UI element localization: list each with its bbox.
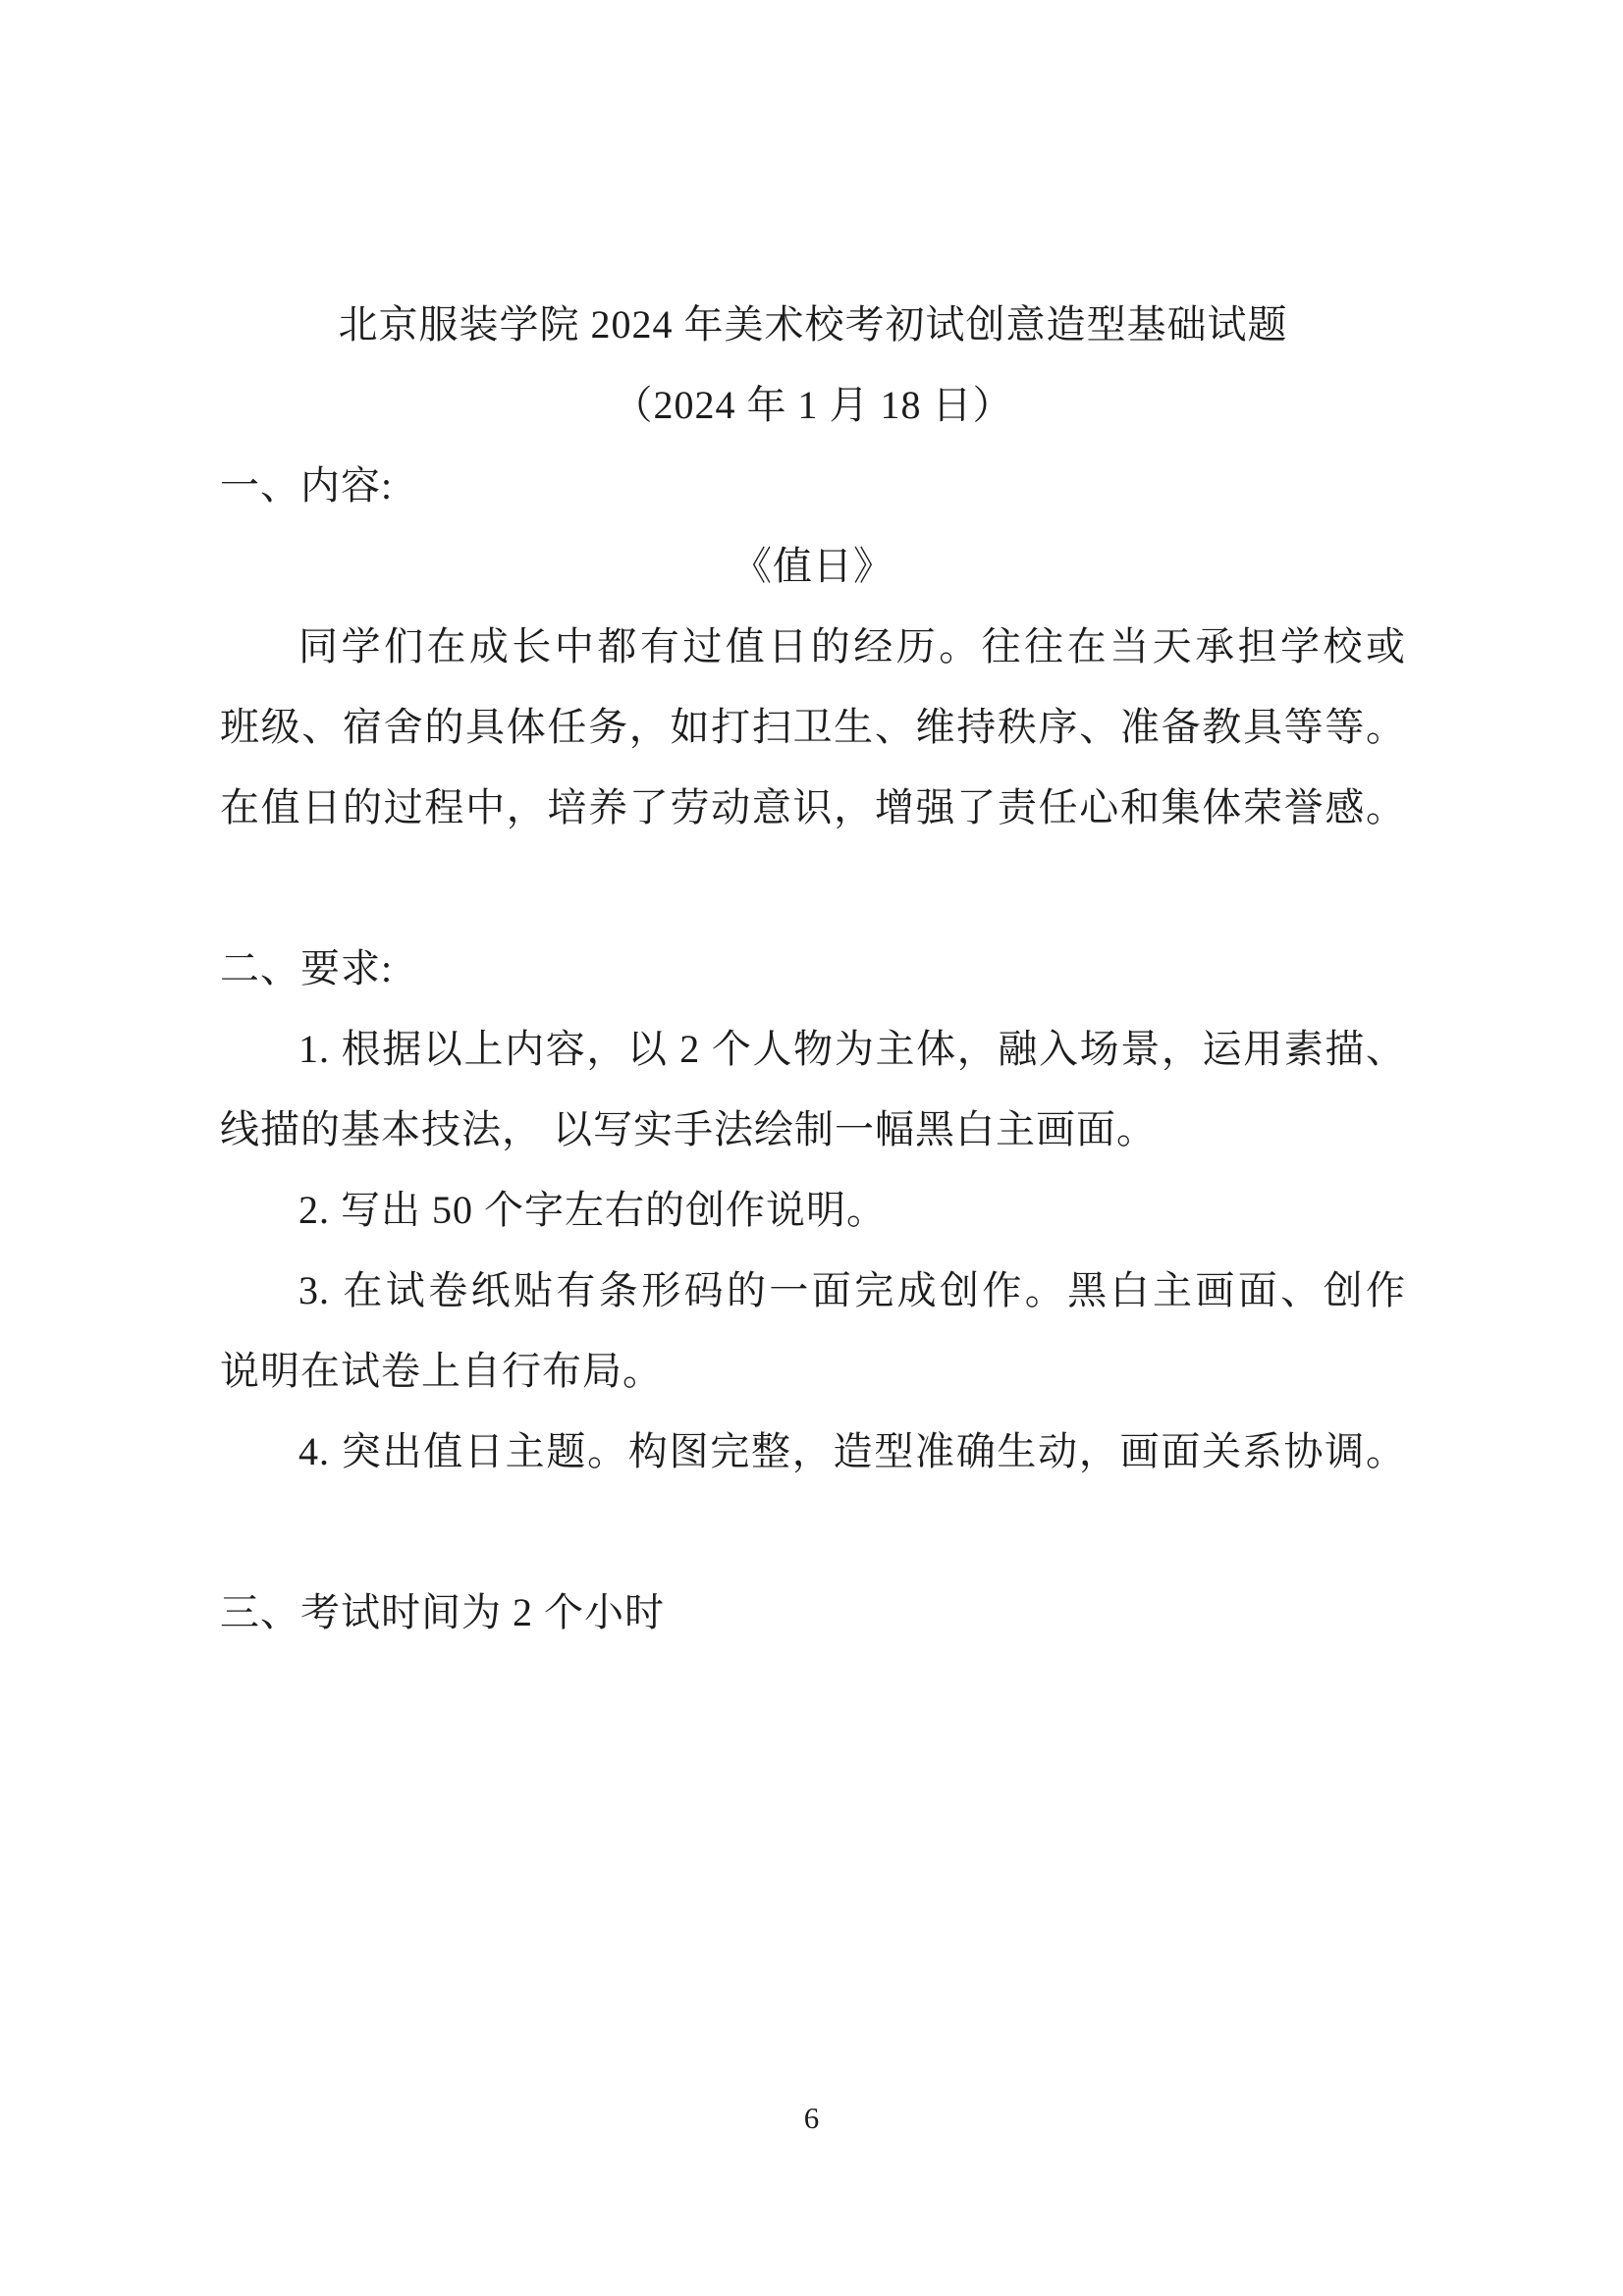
artwork-subject-title: 《值日》 xyxy=(220,526,1406,607)
exam-paper-page: 北京服装学院 2024 年美术校考初试创意造型基础试题 （2024 年 1 月 … xyxy=(0,0,1623,2296)
requirement-item-line: 说明在试卷上自行布局。 xyxy=(220,1331,1406,1412)
content-paragraph-line: 同学们在成长中都有过值日的经历。往往在当天承担学校或 xyxy=(220,607,1406,687)
blank-line xyxy=(220,848,1406,929)
page-number: 6 xyxy=(0,2097,1623,2140)
section-requirements-heading: 二、要求: xyxy=(220,929,1406,1009)
document-body: 北京服装学院 2024 年美术校考初试创意造型基础试题 （2024 年 1 月 … xyxy=(220,285,1406,1653)
requirement-item-line: 3. 在试卷纸贴有条形码的一面完成创作。黑白主画面、创作 xyxy=(220,1251,1406,1331)
requirement-item-line: 线描的基本技法， 以写实手法绘制一幅黑白主画面。 xyxy=(220,1090,1406,1170)
blank-line xyxy=(220,1492,1406,1573)
content-paragraph-line: 班级、宿舍的具体任务，如打扫卫生、维持秩序、准备教具等等。 xyxy=(220,687,1406,768)
document-date: （2024 年 1 月 18 日） xyxy=(220,365,1406,446)
section-content-heading: 一、内容: xyxy=(220,446,1406,526)
requirement-item-line: 1. 根据以上内容，以 2 个人物为主体，融入场景，运用素描、 xyxy=(220,1009,1406,1090)
content-paragraph-line: 在值日的过程中，培养了劳动意识，增强了责任心和集体荣誉感。 xyxy=(220,768,1406,848)
document-title: 北京服装学院 2024 年美术校考初试创意造型基础试题 xyxy=(220,285,1406,365)
section-duration-heading: 三、考试时间为 2 个小时 xyxy=(220,1573,1406,1653)
requirement-item-line: 4. 突出值日主题。构图完整，造型准确生动，画面关系协调。 xyxy=(220,1412,1406,1492)
requirement-item-line: 2. 写出 50 个字左右的创作说明。 xyxy=(220,1170,1406,1251)
